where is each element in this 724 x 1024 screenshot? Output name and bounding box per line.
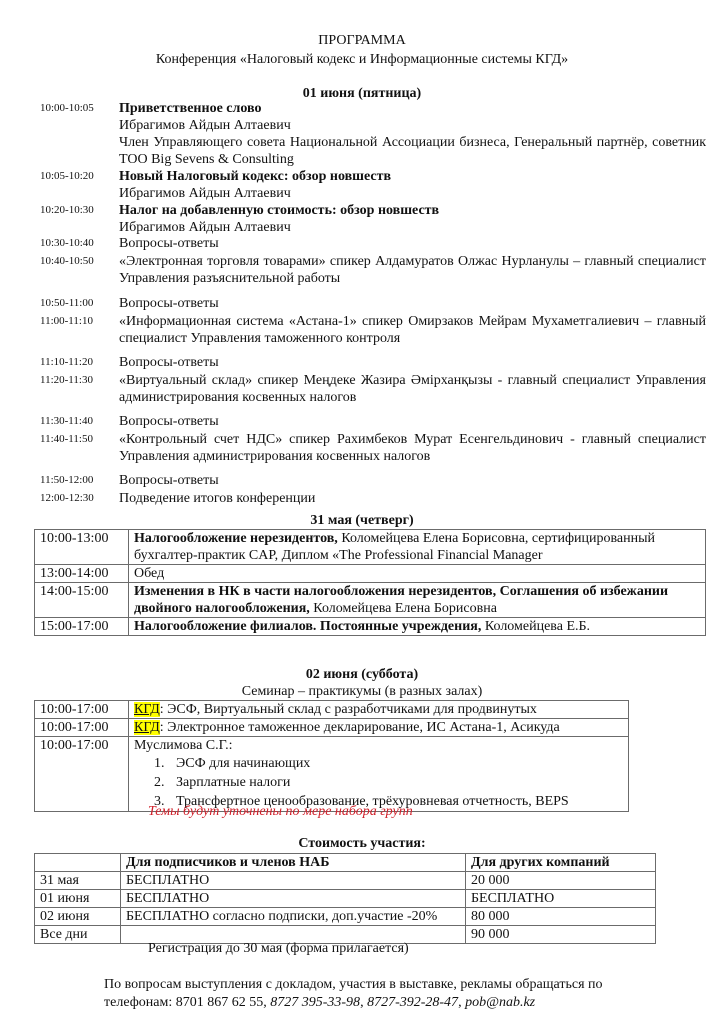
schedule-body: Подведение итогов конференции <box>119 490 706 507</box>
schedule-body: Вопросы-ответы <box>119 472 706 489</box>
conference-subtitle: Конференция «Налоговый кодекс и Информац… <box>0 52 724 68</box>
schedule-time: 11:30-11:40 <box>40 415 93 427</box>
schedule-time: 10:20-10:30 <box>40 204 94 216</box>
topic-item: Зарплатные налоги <box>168 773 623 792</box>
schedule-time: 11:10-11:20 <box>40 356 93 368</box>
column-header <box>35 854 121 872</box>
table-cell: 02 июня <box>35 908 121 926</box>
schedule-time: 11:00-11:10 <box>40 315 93 327</box>
table-row: 10:00-17:00КГД: Электронное таможенное д… <box>35 719 629 737</box>
session-detail: Вопросы-ответы <box>119 295 706 312</box>
time-cell: 10:00-17:00 <box>35 737 129 812</box>
seminar-text: : ЭСФ, Виртуальный склад с разработчикам… <box>160 702 537 717</box>
schedule-time: 11:50-12:00 <box>40 474 93 486</box>
session-cell: Изменения в НК в части налогообложения н… <box>129 583 706 618</box>
table-cell: 80 000 <box>466 908 656 926</box>
contacts-line1: По вопросам выступления с докладом, учас… <box>104 977 603 993</box>
session-detail: Ибрагимов Айдын Алтаевич <box>119 219 706 236</box>
seminar-text: : Электронное таможенное декларирование,… <box>160 720 560 735</box>
table-cell: БЕСПЛАТНО <box>466 890 656 908</box>
schedule-body: «Информационная система «Астана-1» спике… <box>119 313 706 347</box>
column-header: Для подписчиков и членов НАБ <box>121 854 466 872</box>
session-speaker: Обед <box>134 566 164 581</box>
june2-heading: 02 июня (суббота) <box>0 667 724 683</box>
schedule-time: 11:20-11:30 <box>40 374 93 386</box>
schedule-body: «Электронная торговля товарами» спикер А… <box>119 253 706 287</box>
table-cell: 90 000 <box>466 926 656 944</box>
time-cell: 14:00-15:00 <box>35 583 129 618</box>
table-row: 01 июняБЕСПЛАТНОБЕСПЛАТНО <box>35 890 656 908</box>
contacts-line2: телефонам: 8701 867 62 55, 8727 395-33-9… <box>104 995 535 1011</box>
may31-schedule-table: 10:00-13:00Налогообложение нерезидентов,… <box>34 529 706 636</box>
schedule-time: 10:50-11:00 <box>40 297 93 309</box>
session-title: Приветственное слово <box>119 100 706 117</box>
topics-note: Темы будут уточнены по мере набора групп <box>148 804 413 820</box>
registration-note: Регистрация до 30 мая (форма прилагается… <box>148 941 409 957</box>
table-row: 15:00-17:00Налогообложение филиалов. Пос… <box>35 618 706 636</box>
table-row: 10:00-17:00Муслимова С.Г.:ЭСФ для начина… <box>35 737 629 812</box>
june2-schedule-table: 10:00-17:00КГД: ЭСФ, Виртуальный склад с… <box>34 700 629 812</box>
table-cell: 20 000 <box>466 872 656 890</box>
document-title: ПРОГРАММА <box>0 33 724 49</box>
time-cell: 10:00-13:00 <box>35 530 129 565</box>
schedule-body: Вопросы-ответы <box>119 235 706 252</box>
seminar-cell: КГД: ЭСФ, Виртуальный склад с разработчи… <box>129 701 629 719</box>
session-speaker: Коломейцева Елена Борисовна <box>310 601 497 616</box>
session-detail: Вопросы-ответы <box>119 235 706 252</box>
topic-list: ЭСФ для начинающихЗарплатные налогиТранс… <box>134 754 623 811</box>
table-cell: БЕСПЛАТНО <box>121 872 466 890</box>
table-row: 31 маяБЕСПЛАТНО20 000 <box>35 872 656 890</box>
session-detail: «Контрольный счет НДС» спикер Рахимбеков… <box>119 431 706 465</box>
session-detail: «Электронная торговля товарами» спикер А… <box>119 253 706 287</box>
schedule-time: 11:40-11:50 <box>40 433 93 445</box>
schedule-body: Приветственное словоИбрагимов Айдын Алта… <box>119 100 706 168</box>
time-cell: 13:00-14:00 <box>35 565 129 583</box>
schedule-body: «Виртуальный склад» спикер Меңдеке Жазир… <box>119 372 706 406</box>
kgd-tag: КГД <box>134 720 160 735</box>
seminar-cell: Муслимова С.Г.:ЭСФ для начинающихЗарплат… <box>129 737 629 812</box>
schedule-body: Вопросы-ответы <box>119 295 706 312</box>
separator: , <box>458 995 465 1010</box>
kgd-tag: КГД <box>134 702 160 717</box>
session-cell: Налогообложение филиалов. Постоянные учр… <box>129 618 706 636</box>
column-header: Для других компаний <box>466 854 656 872</box>
table-cell: БЕСПЛАТНО <box>121 890 466 908</box>
schedule-time: 10:00-10:05 <box>40 102 94 114</box>
email-link[interactable]: pob@nab.kz <box>465 995 535 1010</box>
session-detail: Ибрагимов Айдын Алтаевич <box>119 117 706 134</box>
table-row: 14:00-15:00Изменения в НК в части налого… <box>35 583 706 618</box>
schedule-body: Новый Налоговый кодекс: обзор новшествИб… <box>119 168 706 202</box>
contacts-prefix: телефонам: 8701 867 62 55, <box>104 995 270 1010</box>
schedule-time: 10:40-10:50 <box>40 255 94 267</box>
schedule-body: Налог на добавленную стоимость: обзор но… <box>119 202 706 236</box>
session-cell: Налогообложение нерезидентов, Коломейцев… <box>129 530 706 565</box>
table-row: 10:00-13:00Налогообложение нерезидентов,… <box>35 530 706 565</box>
may31-heading: 31 мая (четверг) <box>0 513 724 529</box>
session-detail: «Информационная система «Астана-1» спике… <box>119 313 706 347</box>
session-detail: Вопросы-ответы <box>119 472 706 489</box>
table-row: 13:00-14:00Обед <box>35 565 706 583</box>
cost-heading: Стоимость участия: <box>0 836 724 852</box>
session-title: Налог на добавленную стоимость: обзор но… <box>119 202 706 219</box>
time-cell: 10:00-17:00 <box>35 719 129 737</box>
separator: , <box>360 995 367 1010</box>
topic-item: ЭСФ для начинающих <box>168 754 623 773</box>
table-cell: 31 мая <box>35 872 121 890</box>
schedule-body: Вопросы-ответы <box>119 354 706 371</box>
session-title: Новый Налоговый кодекс: обзор новшеств <box>119 168 706 185</box>
seminar-cell: КГД: Электронное таможенное декларирован… <box>129 719 629 737</box>
table-header-row: Для подписчиков и членов НАБДля других к… <box>35 854 656 872</box>
session-detail: «Виртуальный склад» спикер Меңдеке Жазир… <box>119 372 706 406</box>
schedule-time: 10:05-10:20 <box>40 170 94 182</box>
session-title: Налогообложение нерезидентов, <box>134 531 338 546</box>
session-cell: Обед <box>129 565 706 583</box>
table-row: 10:00-17:00КГД: ЭСФ, Виртуальный склад с… <box>35 701 629 719</box>
session-detail: Подведение итогов конференции <box>119 490 706 507</box>
table-cell: БЕСПЛАТНО согласно подписки, доп.участие… <box>121 908 466 926</box>
june2-subheading: Семинар – практикумы (в разных залах) <box>0 684 724 700</box>
session-detail: Вопросы-ответы <box>119 413 706 430</box>
session-title: Налогообложение филиалов. Постоянные учр… <box>134 619 481 634</box>
time-cell: 10:00-17:00 <box>35 701 129 719</box>
table-cell: 01 июня <box>35 890 121 908</box>
schedule-time: 10:30-10:40 <box>40 237 94 249</box>
time-cell: 15:00-17:00 <box>35 618 129 636</box>
table-row: 02 июняБЕСПЛАТНО согласно подписки, доп.… <box>35 908 656 926</box>
seminar-text: Муслимова С.Г.: <box>134 738 233 753</box>
session-detail: Ибрагимов Айдын Алтаевич <box>119 185 706 202</box>
session-detail: Член Управляющего совета Национальной Ас… <box>119 134 706 168</box>
cost-table: Для подписчиков и членов НАБДля других к… <box>34 853 656 944</box>
phone-2[interactable]: 8727 395-33-98 <box>270 995 360 1010</box>
schedule-body: «Контрольный счет НДС» спикер Рахимбеков… <box>119 431 706 465</box>
schedule-body: Вопросы-ответы <box>119 413 706 430</box>
phone-3[interactable]: 8727-392-28-47 <box>367 995 458 1010</box>
session-detail: Вопросы-ответы <box>119 354 706 371</box>
session-speaker: Коломейцева Е.Б. <box>481 619 590 634</box>
table-cell: Все дни <box>35 926 121 944</box>
schedule-time: 12:00-12:30 <box>40 492 94 504</box>
